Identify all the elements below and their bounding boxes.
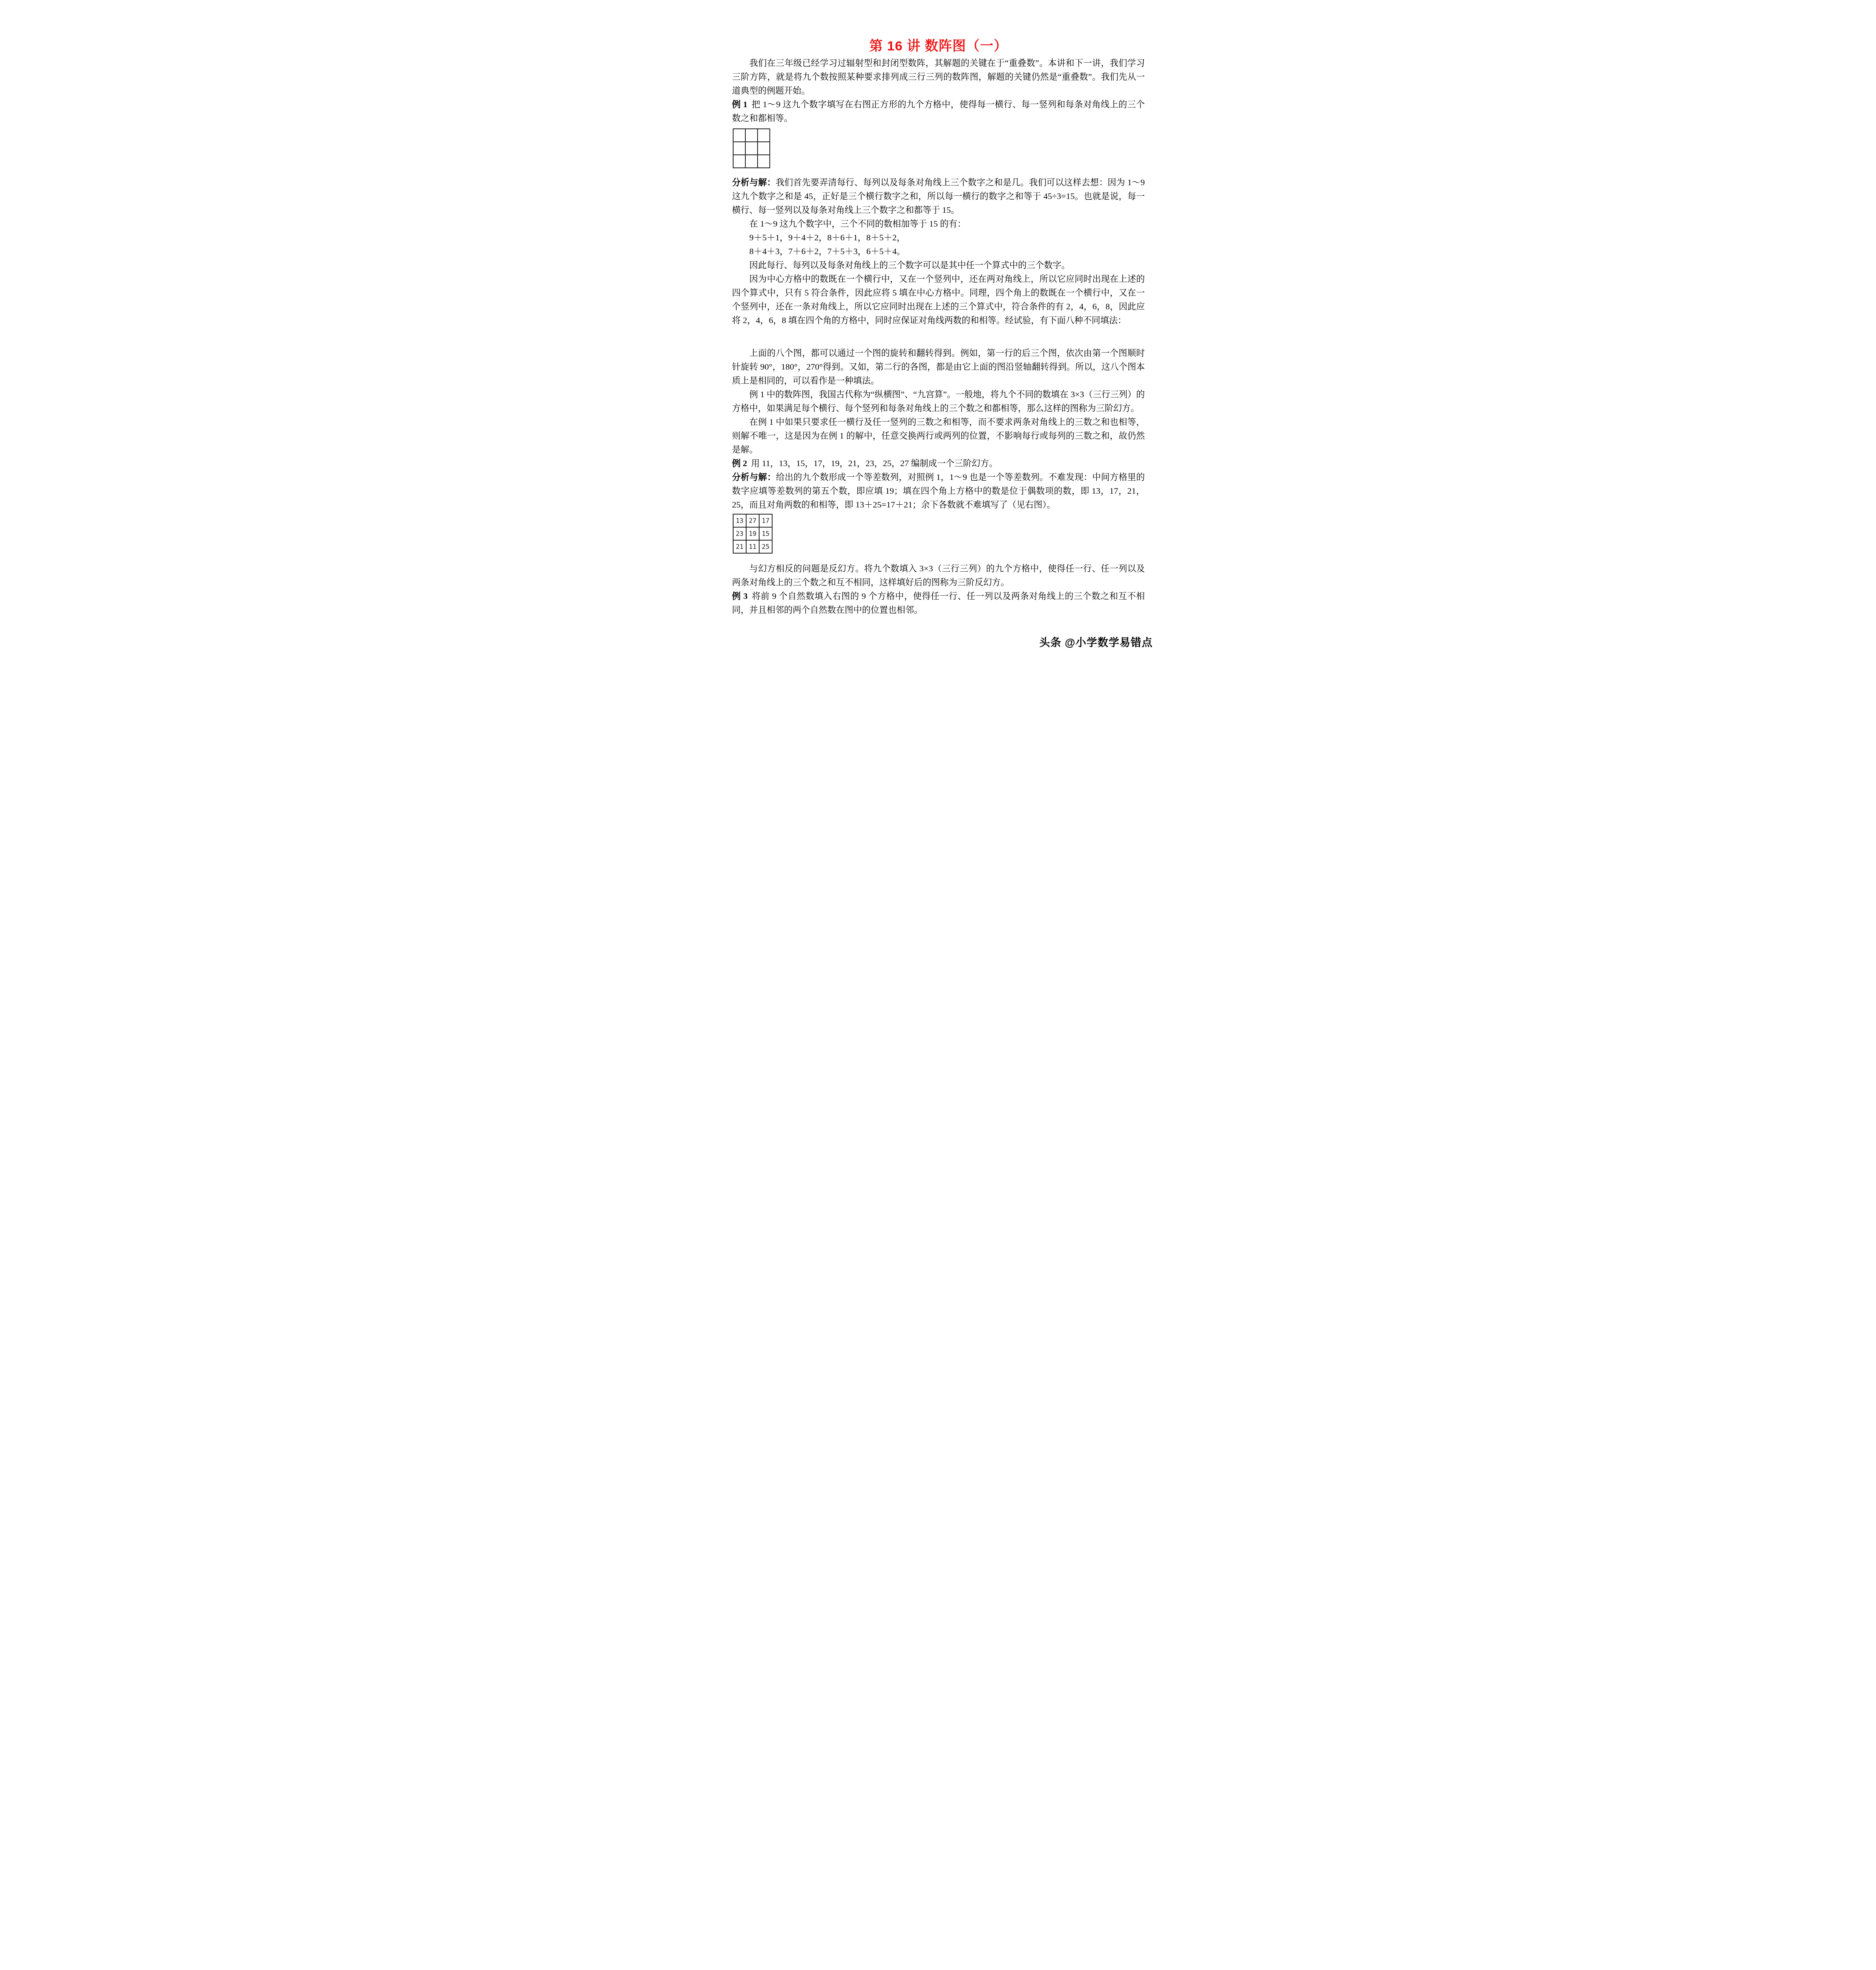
sums-outro-line: 因此每行、每列以及每条对角线上的三个数字可以是其中任一个算式中的三个数字。 bbox=[732, 258, 1145, 272]
magic-square-row: 13 27 17 bbox=[733, 514, 772, 527]
empty-grid-cell bbox=[733, 155, 745, 168]
magic-square-cell: 13 bbox=[733, 514, 746, 527]
magic-square-cell: 15 bbox=[759, 527, 772, 540]
example2-text: 用 11，13，15，17，19，21，23，25，27 编制成一个三阶幻方。 bbox=[751, 458, 997, 468]
empty-grid bbox=[733, 128, 770, 168]
magic-square-cell: 21 bbox=[733, 540, 746, 553]
magic-square-def-paragraph: 例 1 中的数阵图，我国古代称为“纵横图”、“九宫算”。一般地，将九个不同的数填… bbox=[732, 387, 1145, 415]
magic-square-cell: 19 bbox=[746, 527, 759, 540]
missing-figures-area bbox=[732, 327, 1145, 346]
analysis1-label: 分析与解： bbox=[732, 177, 776, 187]
analysis1-paragraph: 分析与解：我们首先要弄清每行、每列以及每条对角线上三个数字之和是几。我们可以这样… bbox=[732, 175, 1145, 217]
magic-square-cell: 25 bbox=[759, 540, 772, 553]
anti-magic-def-paragraph: 与幻方相反的问题是反幻方。将九个数填入 3×3（三行三列）的九个方格中，使得任一… bbox=[732, 561, 1145, 589]
empty-grid-cell bbox=[745, 155, 758, 168]
empty-grid-cell bbox=[745, 142, 758, 155]
magic-square-cell: 11 bbox=[746, 540, 759, 553]
magic-square-cell: 23 bbox=[733, 527, 746, 540]
empty-grid-row bbox=[733, 155, 770, 168]
magic-square-cell: 27 bbox=[746, 514, 759, 527]
empty-grid-cell bbox=[733, 129, 745, 142]
watermark: 头条 @小学数学易错点 bbox=[1039, 636, 1153, 649]
equation-line-2: 8＋4＋3，7＋6＋2，7＋5＋3，6＋5＋4。 bbox=[732, 244, 1145, 258]
equation-line-1: 9＋5＋1，9＋4＋2，8＋6＋1，8＋5＋2， bbox=[732, 230, 1145, 244]
example3-label: 例 3 bbox=[732, 591, 748, 601]
analysis2-text: 给出的九个数形成一个等差数列，对照例 1，1～9 也是一个等差数列。不难发现：中… bbox=[732, 472, 1145, 509]
empty-grid-row bbox=[733, 142, 770, 155]
page-content: 第 16 讲 数阵图（一） 我们在三年级已经学习过辐射型和封闭型数阵，其解题的关… bbox=[704, 0, 1172, 617]
center-analysis-paragraph: 因为中心方格中的数既在一个横行中，又在一个竖列中，还在两对角线上，所以它应同时出… bbox=[732, 272, 1145, 327]
page-title: 第 16 讲 数阵图（一） bbox=[732, 38, 1145, 54]
analysis2-label: 分析与解： bbox=[732, 472, 776, 482]
empty-grid-cell bbox=[733, 142, 745, 155]
analysis2-paragraph: 分析与解：给出的九个数形成一个等差数列，对照例 1，1～9 也是一个等差数列。不… bbox=[732, 470, 1145, 511]
example1-label: 例 1 bbox=[732, 99, 747, 109]
empty-grid-cell bbox=[758, 142, 770, 155]
document-page: 第 16 讲 数阵图（一） 我们在三年级已经学习过辐射型和封闭型数阵，其解题的关… bbox=[704, 0, 1172, 663]
magic-square-cell: 17 bbox=[759, 514, 772, 527]
magic-square-row: 23 19 15 bbox=[733, 527, 772, 540]
rotation-note-paragraph: 上面的八个图，都可以通过一个图的旋转和翻转得到。例如，第一行的后三个图，依次由第… bbox=[732, 346, 1145, 387]
example3-paragraph: 例 3将前 9 个自然数填入右图的 9 个方格中，使得任一行、任一列以及两条对角… bbox=[732, 589, 1145, 617]
empty-grid-cell bbox=[758, 155, 770, 168]
analysis1-text: 我们首先要弄清每行、每列以及每条对角线上三个数字之和是几。我们可以这样去想：因为… bbox=[732, 177, 1145, 215]
empty-grid-cell bbox=[758, 129, 770, 142]
magic-square-grid: 13 27 17 23 19 15 21 11 25 bbox=[733, 514, 773, 554]
example1-paragraph: 例 1把 1～9 这九个数字填写在右图正方形的九个方格中，使得每一横行、每一竖列… bbox=[732, 97, 1145, 125]
empty-grid-row bbox=[733, 129, 770, 142]
example2-paragraph: 例 2用 11，13，15，17，19，21，23，25，27 编制成一个三阶幻… bbox=[732, 456, 1145, 470]
example3-text: 将前 9 个自然数填入右图的 9 个方格中，使得任一行、任一列以及两条对角线上的… bbox=[732, 591, 1145, 615]
magic-square-row: 21 11 25 bbox=[733, 540, 772, 553]
uniqueness-note-paragraph: 在例 1 中如果只要求任一横行及任一竖列的三数之和相等，而不要求两条对角线上的三… bbox=[732, 415, 1145, 456]
intro-paragraph: 我们在三年级已经学习过辐射型和封闭型数阵，其解题的关键在于“重叠数”。本讲和下一… bbox=[732, 56, 1145, 97]
empty-grid-cell bbox=[745, 129, 758, 142]
sums-intro-line: 在 1～9 这九个数字中，三个不同的数相加等于 15 的有： bbox=[732, 217, 1145, 230]
example1-text: 把 1～9 这九个数字填写在右图正方形的九个方格中，使得每一横行、每一竖列和每条… bbox=[732, 99, 1145, 123]
example2-label: 例 2 bbox=[732, 458, 747, 468]
